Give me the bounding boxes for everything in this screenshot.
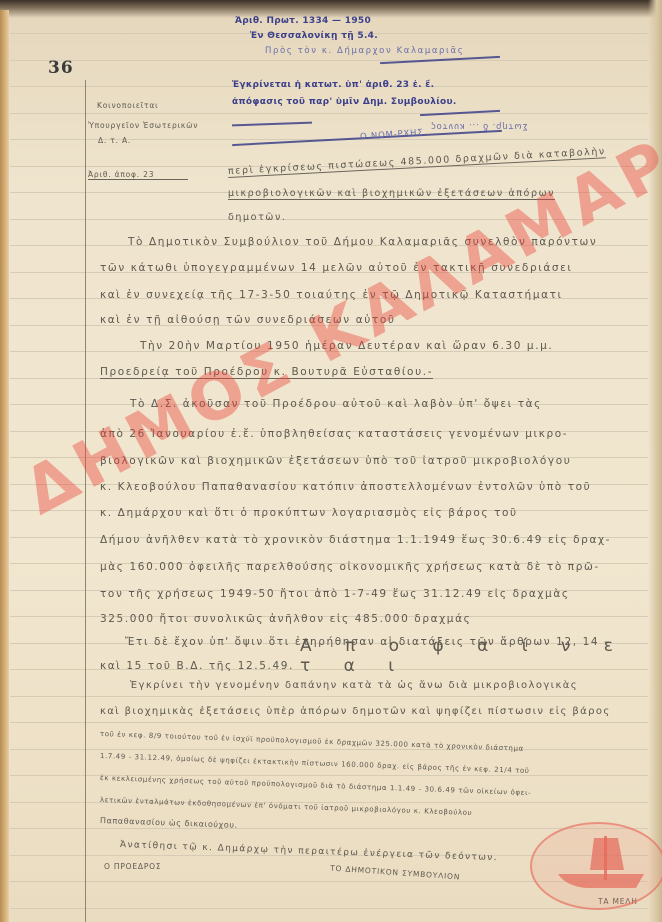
body-line: κ. Δημάρχου καὶ ὅτι ὁ προκύπτων λογαριασ… bbox=[100, 507, 518, 519]
nomarch-signature: Ο ΝΟΜ-ΡΧΗΣ bbox=[360, 128, 424, 142]
municipal-seal bbox=[530, 822, 662, 910]
decision-line: ἐκ κεκλεισμένης χρήσεως τοῦ αὐτοῦ προϋπο… bbox=[100, 774, 531, 797]
body-line: τῶν κάτωθι ὑπογεγραμμένων 14 μελῶν αὐτοῦ… bbox=[100, 262, 573, 274]
body-line: 325.000 ἤτοι συνολικῶς ἀνῆλθον εἰς 485.0… bbox=[100, 613, 471, 625]
president-signature: Ο ΠΡΟΕΔΡΟΣ bbox=[104, 862, 161, 871]
subject-line-1: περὶ ἐγκρίσεως πιστώσεως 485.000 δραχμῶν… bbox=[228, 146, 606, 178]
body-line: Προεδρείᾳ τοῦ Προέδρου κ. Βουτυρᾶ Εὐσταθ… bbox=[100, 366, 433, 379]
body-line: καὶ ἐν τῇ αἰθούσῃ τῶν συνεδριάσεων αὐτοῦ bbox=[100, 314, 396, 326]
page-edge bbox=[648, 0, 662, 922]
body-line: ἀπὸ 26 Ἰανουαρίου ἐ.ἔ. ὑποβληθείσας κατα… bbox=[100, 428, 568, 440]
ledger-page: 36 Ἀριθ. Πρωτ. 1334 — 1950 Ἐν Θεσσαλονίκ… bbox=[0, 0, 662, 922]
council-signature: ΤΟ ΔΗΜΟΤΙΚΟΝ ΣΥΜΒΟΥΛΙΟΝ bbox=[330, 863, 461, 881]
subject-line-2: μικροβιολογικῶν καὶ βιοχημικῶν ἐξετάσεων… bbox=[228, 188, 555, 200]
ship-icon bbox=[556, 834, 646, 896]
approval-line-1: Ἐγκρίνεται ἡ κατωτ. ὑπ' ἀριθ. 23 ἐ. ἔ. bbox=[232, 80, 434, 90]
body-line: Τὴν 20ὴν Μαρτίου 1950 ἡμέραν Δευτέραν κα… bbox=[140, 340, 553, 352]
body-line: βιολογικῶν καὶ βιοχημικῶν ἐξετάσεων ὑπὸ … bbox=[100, 455, 571, 467]
body-line: Τὸ Δημοτικὸν Συμβούλιον τοῦ Δήμου Καλαμα… bbox=[128, 236, 597, 248]
subject-line-3: δημοτῶν. bbox=[228, 212, 287, 223]
body-line: Τὸ Δ.Σ. ἀκοῦσαν τοῦ Προέδρου αὐτοῦ καὶ λ… bbox=[130, 398, 542, 410]
body-line: καὶ ἐν συνεχείᾳ τῆς 17-3-50 τοιαύτης ἐν … bbox=[100, 289, 563, 301]
decision-line: Ἀνατίθησι τῷ κ. Δημάρχῳ τὴν περαιτέρω ἐν… bbox=[120, 840, 498, 863]
recipient-line: Πρὸς τὸν κ. Δήμαρχον Καλαμαριᾶς bbox=[265, 46, 464, 56]
page-number: 36 bbox=[48, 58, 74, 78]
margin-line bbox=[85, 80, 86, 922]
body-line: τον τῆς χρήσεως 1949-50 ἤτοι ἀπὸ 1-7-49 … bbox=[100, 588, 570, 600]
body-line: καὶ 15 τοῦ Β.Δ. τῆς 12.5.49. bbox=[100, 660, 294, 672]
body-line: Δήμου ἀνῆλθεν κατὰ τὸ χρονικὸν διάστημα … bbox=[100, 534, 611, 546]
ruled-line bbox=[10, 60, 648, 61]
ruled-line bbox=[10, 749, 648, 750]
ruled-line bbox=[10, 908, 648, 909]
decision-number: Ἀριθ. ἀποφ. 23 bbox=[88, 170, 188, 180]
ministry-abbr: Δ. τ. Α. bbox=[98, 136, 131, 145]
ruled-line bbox=[10, 828, 648, 829]
decision-line: 1.7.49 - 31.12.49, ὁμοίως δὲ ψηφίζει ἐκτ… bbox=[100, 752, 530, 775]
decision-line: Ἐγκρίνει τὴν γενομένην δαπάνην κατὰ τὰ ὡ… bbox=[130, 680, 578, 691]
book-binding bbox=[0, 10, 9, 922]
city-date-line: Ἐν Θεσσαλονίκῃ τῇ 5.4. bbox=[250, 31, 378, 41]
decision-line: καὶ βιοχημικὰς ἐξετάσεις ὑπὲρ ἀπόρων δημ… bbox=[100, 706, 611, 717]
ruled-line bbox=[10, 696, 648, 697]
body-line: μὰς 160.000 ὀφειλῆς παρελθούσης οἰκονομι… bbox=[100, 561, 600, 573]
ministry-label: Ὑπουργεῖον Ἐσωτερικῶν bbox=[88, 121, 198, 130]
stamp-underline bbox=[232, 122, 312, 127]
ruled-line bbox=[10, 219, 648, 220]
body-line: κ. Κλεοβούλου Παπαθανασίου κατόπιν ἀποστ… bbox=[100, 481, 591, 493]
approval-line-2: ἀπόφασις τοῦ παρ' ὑμῖν Δημ. Συμβουλίου. bbox=[232, 97, 457, 107]
ruled-line bbox=[10, 113, 648, 114]
decision-heading: Α π ο φ α ί ν ε τ α ι bbox=[300, 636, 662, 676]
decision-line: λετικῶν ἐνταλμάτων ἐκδοθησομένων ἐπ' ὀνό… bbox=[100, 796, 473, 817]
nomarch-note: Σωτηρ. δ ... κυντος bbox=[430, 121, 528, 131]
protocol-number: Ἀριθ. Πρωτ. 1334 — 1950 bbox=[235, 16, 371, 26]
notice-label: Κοινοποιεῖται bbox=[97, 101, 158, 110]
ruled-line bbox=[10, 722, 648, 723]
